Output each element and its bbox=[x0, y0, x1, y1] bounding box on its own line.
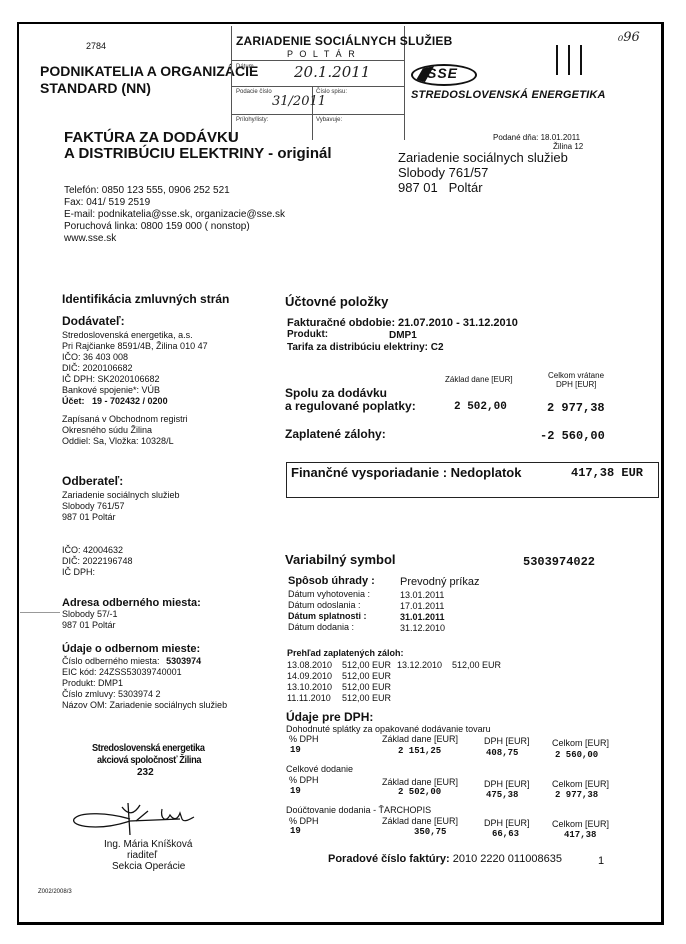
advances-total: -2 560,00 bbox=[540, 429, 605, 443]
advance-date: 14.09.2010 bbox=[287, 671, 332, 683]
company-stamp-line1: Stredoslovenská energetika bbox=[92, 743, 205, 754]
customer-id: DIČ: 2022196748 bbox=[62, 556, 133, 568]
vat-col-vat: DPH [EUR] bbox=[484, 779, 530, 791]
delivery-point-line: Číslo zmluvy: 5303974 2 bbox=[62, 689, 161, 701]
company-logo-name: STREDOSLOVENSKÁ ENERGETIKA bbox=[411, 89, 606, 101]
invoice-number-label: Poradové číslo faktúry: bbox=[328, 853, 450, 865]
recipient-city: 987 01 Poltár bbox=[398, 180, 483, 195]
supplier-line: IČO: 36 403 008 bbox=[62, 352, 128, 364]
customer-line: 987 01 Poltár bbox=[62, 512, 116, 524]
corner-handwritten-mark: ₀96 bbox=[618, 30, 640, 45]
col-base-header: Základ dane [EUR] bbox=[445, 375, 513, 384]
vat-section-title: Celkové dodanie bbox=[286, 764, 353, 776]
segment-line2: STANDARD (NN) bbox=[40, 80, 151, 97]
sum-base: 2 502,00 bbox=[454, 401, 507, 413]
advance-amount: 512,00 EUR bbox=[342, 671, 391, 683]
due-date-label: Dátum splatnosti : bbox=[288, 611, 367, 623]
advance-date: 13.12.2010 bbox=[397, 660, 442, 672]
registry-line: Oddiel: Sa, Vložka: 10328/L bbox=[62, 436, 174, 448]
stamp-handled-label: Vybavuje: bbox=[316, 117, 342, 123]
parties-heading: Identifikácia zmluvných strán bbox=[62, 292, 229, 306]
contact-hotline: Poruchová linka: 0800 159 000 ( nonstop) bbox=[64, 221, 250, 234]
stamp-file-label: Číslo spisu: bbox=[316, 89, 347, 95]
vat-col-total: Celkom [EUR] bbox=[552, 738, 609, 750]
vat-heading: Údaje pre DPH: bbox=[286, 710, 373, 724]
supplier-account: Účet: 19 - 702432 / 0200 bbox=[62, 396, 168, 408]
vat-col-base: Základ dane [EUR] bbox=[382, 816, 458, 828]
company-stamp-line2: akciová spoločnosť Žilina bbox=[97, 755, 201, 766]
date-value: 13.01.2011 bbox=[400, 590, 444, 602]
customer-line: Zariadenie sociálnych služieb bbox=[62, 490, 180, 502]
customer-id: IČO: 42004632 bbox=[62, 545, 123, 557]
delivery-address-line: 987 01 Poltár bbox=[62, 620, 116, 632]
signatory-role: riaditeľ bbox=[127, 850, 157, 861]
stamp-date-label: Dátum bbox=[236, 64, 254, 70]
customer-id: IČ DPH: bbox=[62, 567, 95, 579]
company-stamp-line3: 232 bbox=[137, 767, 154, 778]
sum-label-1: Spolu za dodávku bbox=[285, 386, 387, 400]
invoice-title-line2: A DISTRIBÚCIU ELEKTRINY - originál bbox=[64, 145, 332, 162]
tariff: Tarifa za distribúciu elektriny: C2 bbox=[287, 342, 444, 353]
date-value: 17.01.2011 bbox=[400, 601, 444, 613]
delivery-point-line: Produkt: DMP1 bbox=[62, 678, 123, 690]
vat-col-vat: DPH [EUR] bbox=[484, 818, 530, 830]
vat-base: 2 502,00 bbox=[398, 787, 441, 797]
advance-amount: 512,00 EUR bbox=[452, 660, 501, 672]
date-label: Dátum dodania : bbox=[288, 622, 354, 634]
vat-col-total: Celkom [EUR] bbox=[552, 819, 609, 831]
doc-number: 2784 bbox=[86, 41, 106, 53]
signatory-department: Sekcia Operácie bbox=[112, 861, 185, 872]
date-value: 31.12.2010 bbox=[400, 623, 445, 635]
form-code: Z002/2008/3 bbox=[38, 889, 72, 895]
vs-value: 5303974022 bbox=[523, 555, 595, 569]
stamp-org: ZARIADENIE SOCIÁLNYCH SLUŽIEB bbox=[236, 34, 452, 48]
payment-method-label: Spôsob úhrady : bbox=[288, 575, 375, 587]
vat-col-rate: % DPH bbox=[289, 734, 319, 746]
signature-icon bbox=[70, 797, 200, 837]
vs-label: Variabilný symbol bbox=[285, 552, 396, 567]
segment-line1: PODNIKATELIA A ORGANIZÁCIE bbox=[40, 63, 258, 80]
registry-line: Okresného súdu Žilina bbox=[62, 425, 152, 437]
delivery-point-line: Názov OM: Zariadenie sociálnych služieb bbox=[62, 700, 227, 712]
delivery-point-line: EIC kód: 24ZSS53039740001 bbox=[62, 667, 182, 679]
vat-col-base: Základ dane [EUR] bbox=[382, 734, 458, 746]
advances-label: Zaplatené zálohy: bbox=[285, 427, 386, 441]
delivery-point-heading: Údaje o odbernom mieste: bbox=[62, 643, 200, 655]
point-no-label: Číslo odberného miesta: bbox=[62, 656, 160, 666]
stamp-ref-value: 31/2011 bbox=[272, 94, 326, 109]
sse-logo-icon: SSE bbox=[411, 64, 477, 86]
contact-email[interactable]: E-mail: podnikatelia@sse.sk, organizacie… bbox=[64, 209, 285, 222]
vat-amount: 408,75 bbox=[486, 748, 518, 758]
stamp-attach-label: Prílohy/listy: bbox=[236, 117, 268, 123]
product-value: DMP1 bbox=[389, 330, 417, 341]
vat-amount: 66,63 bbox=[492, 829, 519, 839]
supplier-line: IČ DPH: SK2020106682 bbox=[62, 374, 160, 386]
vat-rate: 19 bbox=[290, 786, 301, 796]
advance-date: 11.11.2010 bbox=[287, 693, 331, 705]
contact-web[interactable]: www.sse.sk bbox=[64, 233, 116, 246]
submitted-date: Podané dňa: 18.01.2011 bbox=[493, 133, 580, 142]
recipient-street: Slobody 761/57 bbox=[398, 165, 488, 180]
advance-amount: 512,00 EUR bbox=[342, 660, 391, 672]
page-number: 1 bbox=[598, 855, 604, 867]
payment-method-value: Prevodný príkaz bbox=[400, 576, 479, 588]
scan-mark bbox=[20, 612, 60, 613]
vat-section-title: Doúčtovanie dodania - ŤARCHOPIS bbox=[286, 805, 431, 817]
settlement-label: Finančné vysporiadanie : Nedoplatok bbox=[291, 465, 521, 480]
advance-amount: 512,00 EUR bbox=[342, 693, 391, 705]
invoice-title-line1: FAKTÚRA ZA DODÁVKU bbox=[64, 129, 239, 146]
tariff-label: Tarifa za distribúciu elektriny: bbox=[287, 342, 428, 353]
vat-total: 2 977,38 bbox=[555, 790, 598, 800]
col-total-header-2: DPH [EUR] bbox=[556, 380, 596, 389]
vat-base: 350,75 bbox=[414, 827, 446, 837]
date-label: Dátum vyhotovenia : bbox=[288, 589, 370, 601]
supplier-line: Pri Rajčianke 8591/4B, Žilina 010 47 bbox=[62, 341, 208, 353]
sum-total: 2 977,38 bbox=[547, 401, 605, 415]
tariff-value: C2 bbox=[431, 342, 444, 353]
col-total-header-1: Celkom vrátane bbox=[548, 371, 604, 380]
vat-col-vat: DPH [EUR] bbox=[484, 736, 530, 748]
period-value: 21.07.2010 - 31.12.2010 bbox=[398, 317, 518, 329]
invoice-number-value: 2010 2220 011008635 bbox=[453, 853, 562, 865]
contact-fax: Fax: 041/ 519 2519 bbox=[64, 197, 150, 210]
billing-heading: Účtovné položky bbox=[285, 294, 388, 309]
vat-amount: 475,38 bbox=[486, 790, 518, 800]
product-label: Produkt: bbox=[287, 329, 328, 340]
due-date-value: 31.01.2011 bbox=[400, 612, 445, 624]
advance-date: 13.08.2010 bbox=[287, 660, 332, 672]
vat-base: 2 151,25 bbox=[398, 746, 441, 756]
vat-total: 2 560,00 bbox=[555, 750, 598, 760]
advance-date: 13.10.2010 bbox=[287, 682, 332, 694]
vat-total: 417,38 bbox=[564, 830, 596, 840]
date-label: Dátum odoslania : bbox=[288, 600, 361, 612]
supplier-line: Stredoslovenská energetika, a.s. bbox=[62, 330, 193, 342]
period-label: Fakturačné obdobie: bbox=[287, 317, 395, 329]
supplier-heading: Dodávateľ: bbox=[62, 314, 125, 328]
supplier-line: DIČ: 2020106682 bbox=[62, 363, 133, 375]
vat-rate: 19 bbox=[290, 826, 301, 836]
delivery-address-line: Slobody 57/-1 bbox=[62, 609, 118, 621]
invoice-number: Poradové číslo faktúry: 2010 2220 011008… bbox=[328, 853, 562, 865]
supplier-line: Bankové spojenie*: VÚB bbox=[62, 385, 160, 397]
advance-amount: 512,00 EUR bbox=[342, 682, 391, 694]
recipient-name: Zariadenie sociálnych služieb bbox=[398, 150, 568, 165]
signatory-name: Ing. Mária Kníšková bbox=[104, 839, 192, 850]
received-stamp: ZARIADENIE SOCIÁLNYCH SLUŽIEB P O L T Á … bbox=[231, 26, 405, 140]
vat-col-total: Celkom [EUR] bbox=[552, 779, 609, 791]
sum-label-2: a regulované poplatky: bbox=[285, 399, 416, 413]
delivery-point-no: Číslo odberného miesta: 5303974 bbox=[62, 656, 201, 668]
registry-line: Zapísaná v Obchodnom registri bbox=[62, 414, 188, 426]
settlement-value: 417,38 EUR bbox=[571, 466, 643, 480]
customer-heading: Odberateľ: bbox=[62, 474, 123, 488]
delivery-address-heading: Adresa odberného miesta: bbox=[62, 597, 201, 609]
point-no-value: 5303974 bbox=[166, 656, 201, 666]
customer-line: Slobody 761/57 bbox=[62, 501, 125, 513]
vat-rate: 19 bbox=[290, 745, 301, 755]
vat-col-rate: % DPH bbox=[289, 775, 319, 787]
settlement-box: Finančné vysporiadanie : Nedoplatok 417,… bbox=[286, 462, 659, 498]
advances-heading: Prehľad zaplatených záloh: bbox=[287, 648, 404, 658]
contact-phone: Telefón: 0850 123 555, 0906 252 521 bbox=[64, 185, 230, 198]
stamp-city: P O L T Á R bbox=[287, 49, 357, 59]
stamp-date-value: 20.1.2011 bbox=[294, 63, 370, 81]
stamp-ref-label: Podacie číslo bbox=[236, 89, 272, 95]
